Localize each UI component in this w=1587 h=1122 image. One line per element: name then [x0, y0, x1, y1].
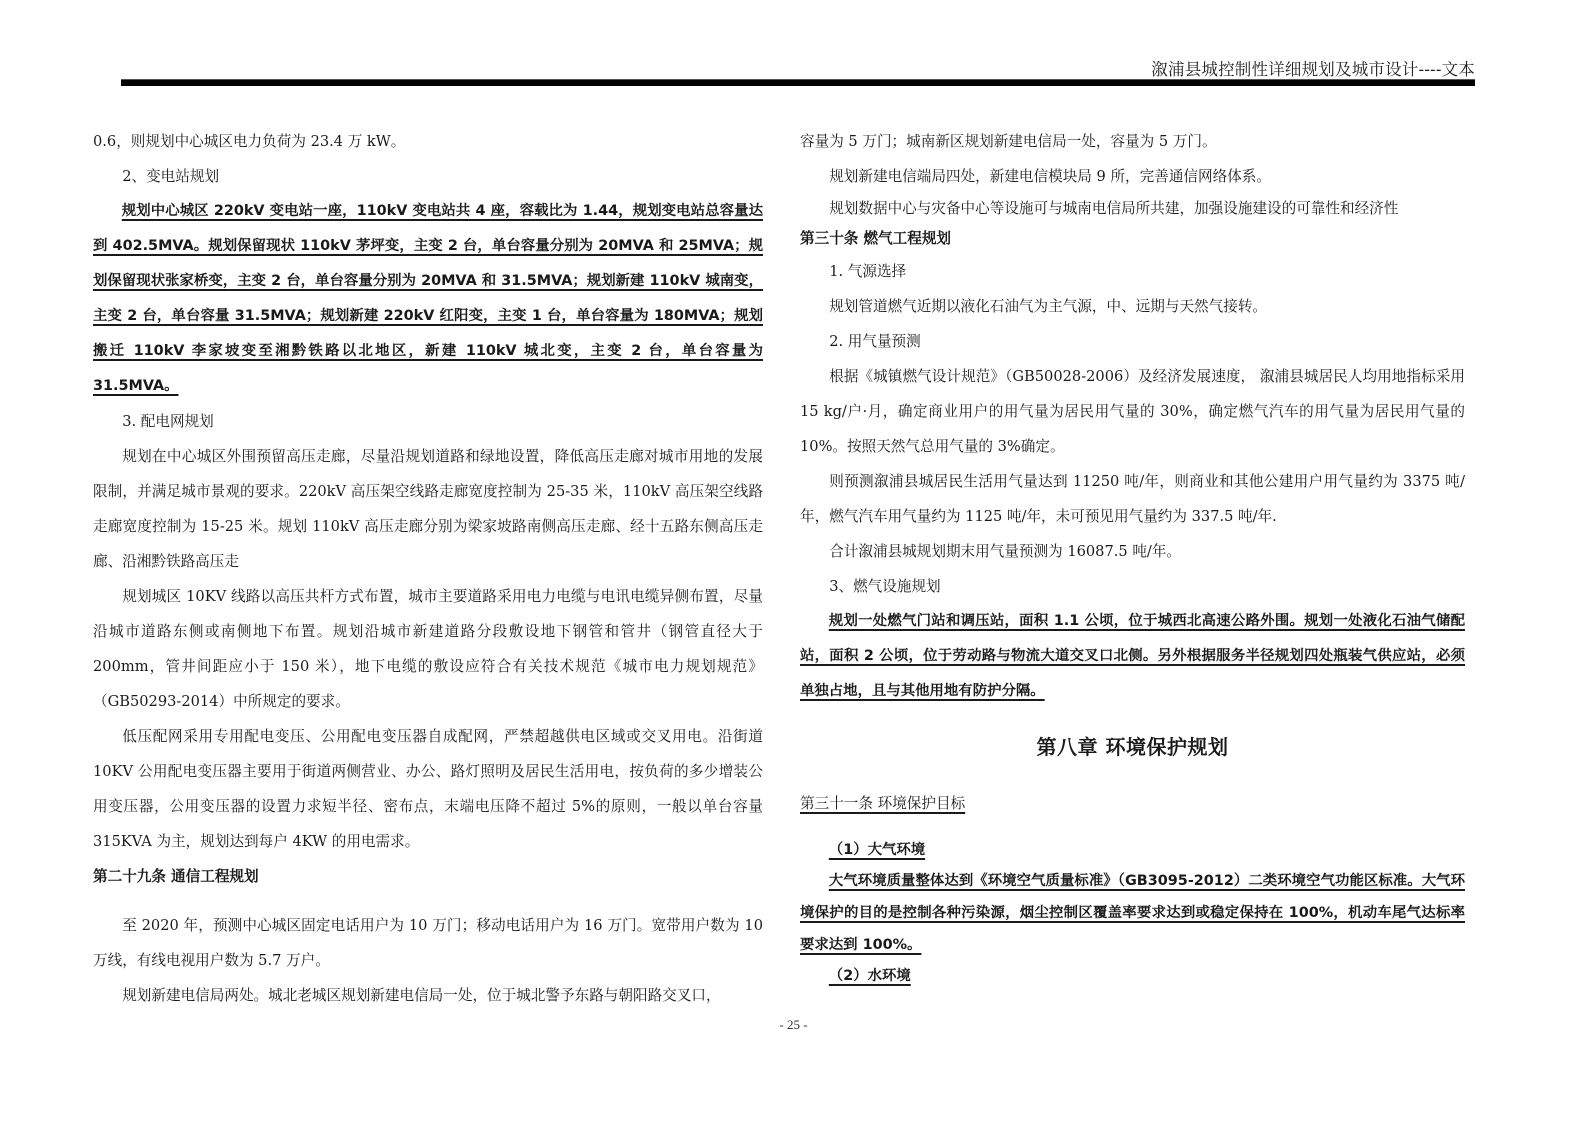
article-heading: 第三十一条 环境保护目标: [800, 786, 1465, 821]
underlined-text: 规划中心城区 220kV 变电站一座，110kV 变电站共 4 座，容载比为 1…: [93, 203, 763, 394]
underlined-text: 规划一处燃气门站和调压站，面积 1.1 公顷，位于城西北高速公路外围。规划一处液…: [800, 613, 1465, 699]
paragraph: 规划新建电信端局四处，新建电信模块局 9 所，完善通信网络体系。: [800, 159, 1465, 194]
subsection-title: （1）大气环境: [800, 835, 1465, 865]
underlined-heading: 第三十一条 环境保护目标: [800, 795, 965, 812]
paragraph: 根据《城镇燃气设计规范》（GB50028-2006）及经济发展速度， 溆浦县城居…: [800, 359, 1465, 464]
paragraph: 容量为 5 万门；城南新区规划新建电信局一处，容量为 5 万门。: [800, 124, 1465, 159]
paragraph: 规划在中心城区外围预留高压走廊，尽量沿规划道路和绿地设置，降低高压走廊对城市用地…: [93, 439, 763, 579]
page-number: - 25 -: [0, 1017, 1587, 1033]
right-column: 容量为 5 万门；城南新区规划新建电信局一处，容量为 5 万门。 规划新建电信端…: [800, 124, 1465, 991]
subsection-title: 2. 用气量预测: [800, 324, 1465, 359]
subsection-title: 1. 气源选择: [800, 254, 1465, 289]
emphasized-paragraph: 规划一处燃气门站和调压站，面积 1.1 公顷，位于城西北高速公路外围。规划一处液…: [800, 604, 1465, 709]
emphasized-paragraph: 规划中心城区 220kV 变电站一座，110kV 变电站共 4 座，容载比为 1…: [93, 194, 763, 404]
paragraph: 规划数据中心与灾备中心等设施可与城南电信局所共建，加强设施建设的可靠性和经济性: [800, 194, 1465, 224]
article-heading: 第二十九条 通信工程规划: [93, 859, 763, 894]
emphasized-paragraph: 大气环境质量整体达到《环境空气质量标准》（GB3095-2012）二类环境空气功…: [800, 865, 1465, 961]
spacer: [93, 894, 763, 908]
paragraph: 0.6，则规划中心城区电力负荷为 23.4 万 kW。: [93, 124, 763, 159]
article-heading: 第三十条 燃气工程规划: [800, 224, 1465, 254]
paragraph: 合计溆浦县城规划期末用气量预测为 16087.5 吨/年。: [800, 534, 1465, 569]
underlined-text: （2）水环境: [829, 968, 911, 984]
paragraph: 规划城区 10KV 线路以高压共杆方式布置，城市主要道路采用电力电缆与电讯电缆异…: [93, 579, 763, 719]
spacer: [800, 821, 1465, 835]
paragraph: 至 2020 年，预测中心城区固定电话用户为 10 万门；移动电话用户为 16 …: [93, 908, 763, 978]
subsection-title: （2）水环境: [800, 961, 1465, 991]
subsection-title: 2、变电站规划: [93, 159, 763, 194]
paragraph: 规划新建电信局两处。城北老城区规划新建电信局一处，位于城北警予东路与朝阳路交叉口…: [93, 978, 763, 1013]
paragraph: 规划管道燃气近期以液化石油气为主气源，中、远期与天然气接转。: [800, 289, 1465, 324]
left-column: 0.6，则规划中心城区电力负荷为 23.4 万 kW。 2、变电站规划 规划中心…: [93, 124, 763, 1013]
subsection-title: 3. 配电网规划: [93, 404, 763, 439]
subsection-title: 3、燃气设施规划: [800, 569, 1465, 604]
paragraph: 低压配网采用专用配电变压、公用配电变压器自成配网，严禁超越供电区域或交叉用电。沿…: [93, 719, 763, 859]
header-rule-thick: [121, 80, 1475, 86]
document-title: 溆浦县城控制性详细规划及城市设计----文本: [1151, 56, 1475, 80]
chapter-title: 第八章 环境保护规划: [800, 731, 1465, 760]
underlined-text: 大气环境质量整体达到《环境空气质量标准》（GB3095-2012）二类环境空气功…: [800, 873, 1465, 953]
paragraph: 则预测溆浦县城居民生活用气量达到 11250 吨/年，则商业和其他公建用户用气量…: [800, 464, 1465, 534]
underlined-text: （1）大气环境: [829, 842, 925, 858]
